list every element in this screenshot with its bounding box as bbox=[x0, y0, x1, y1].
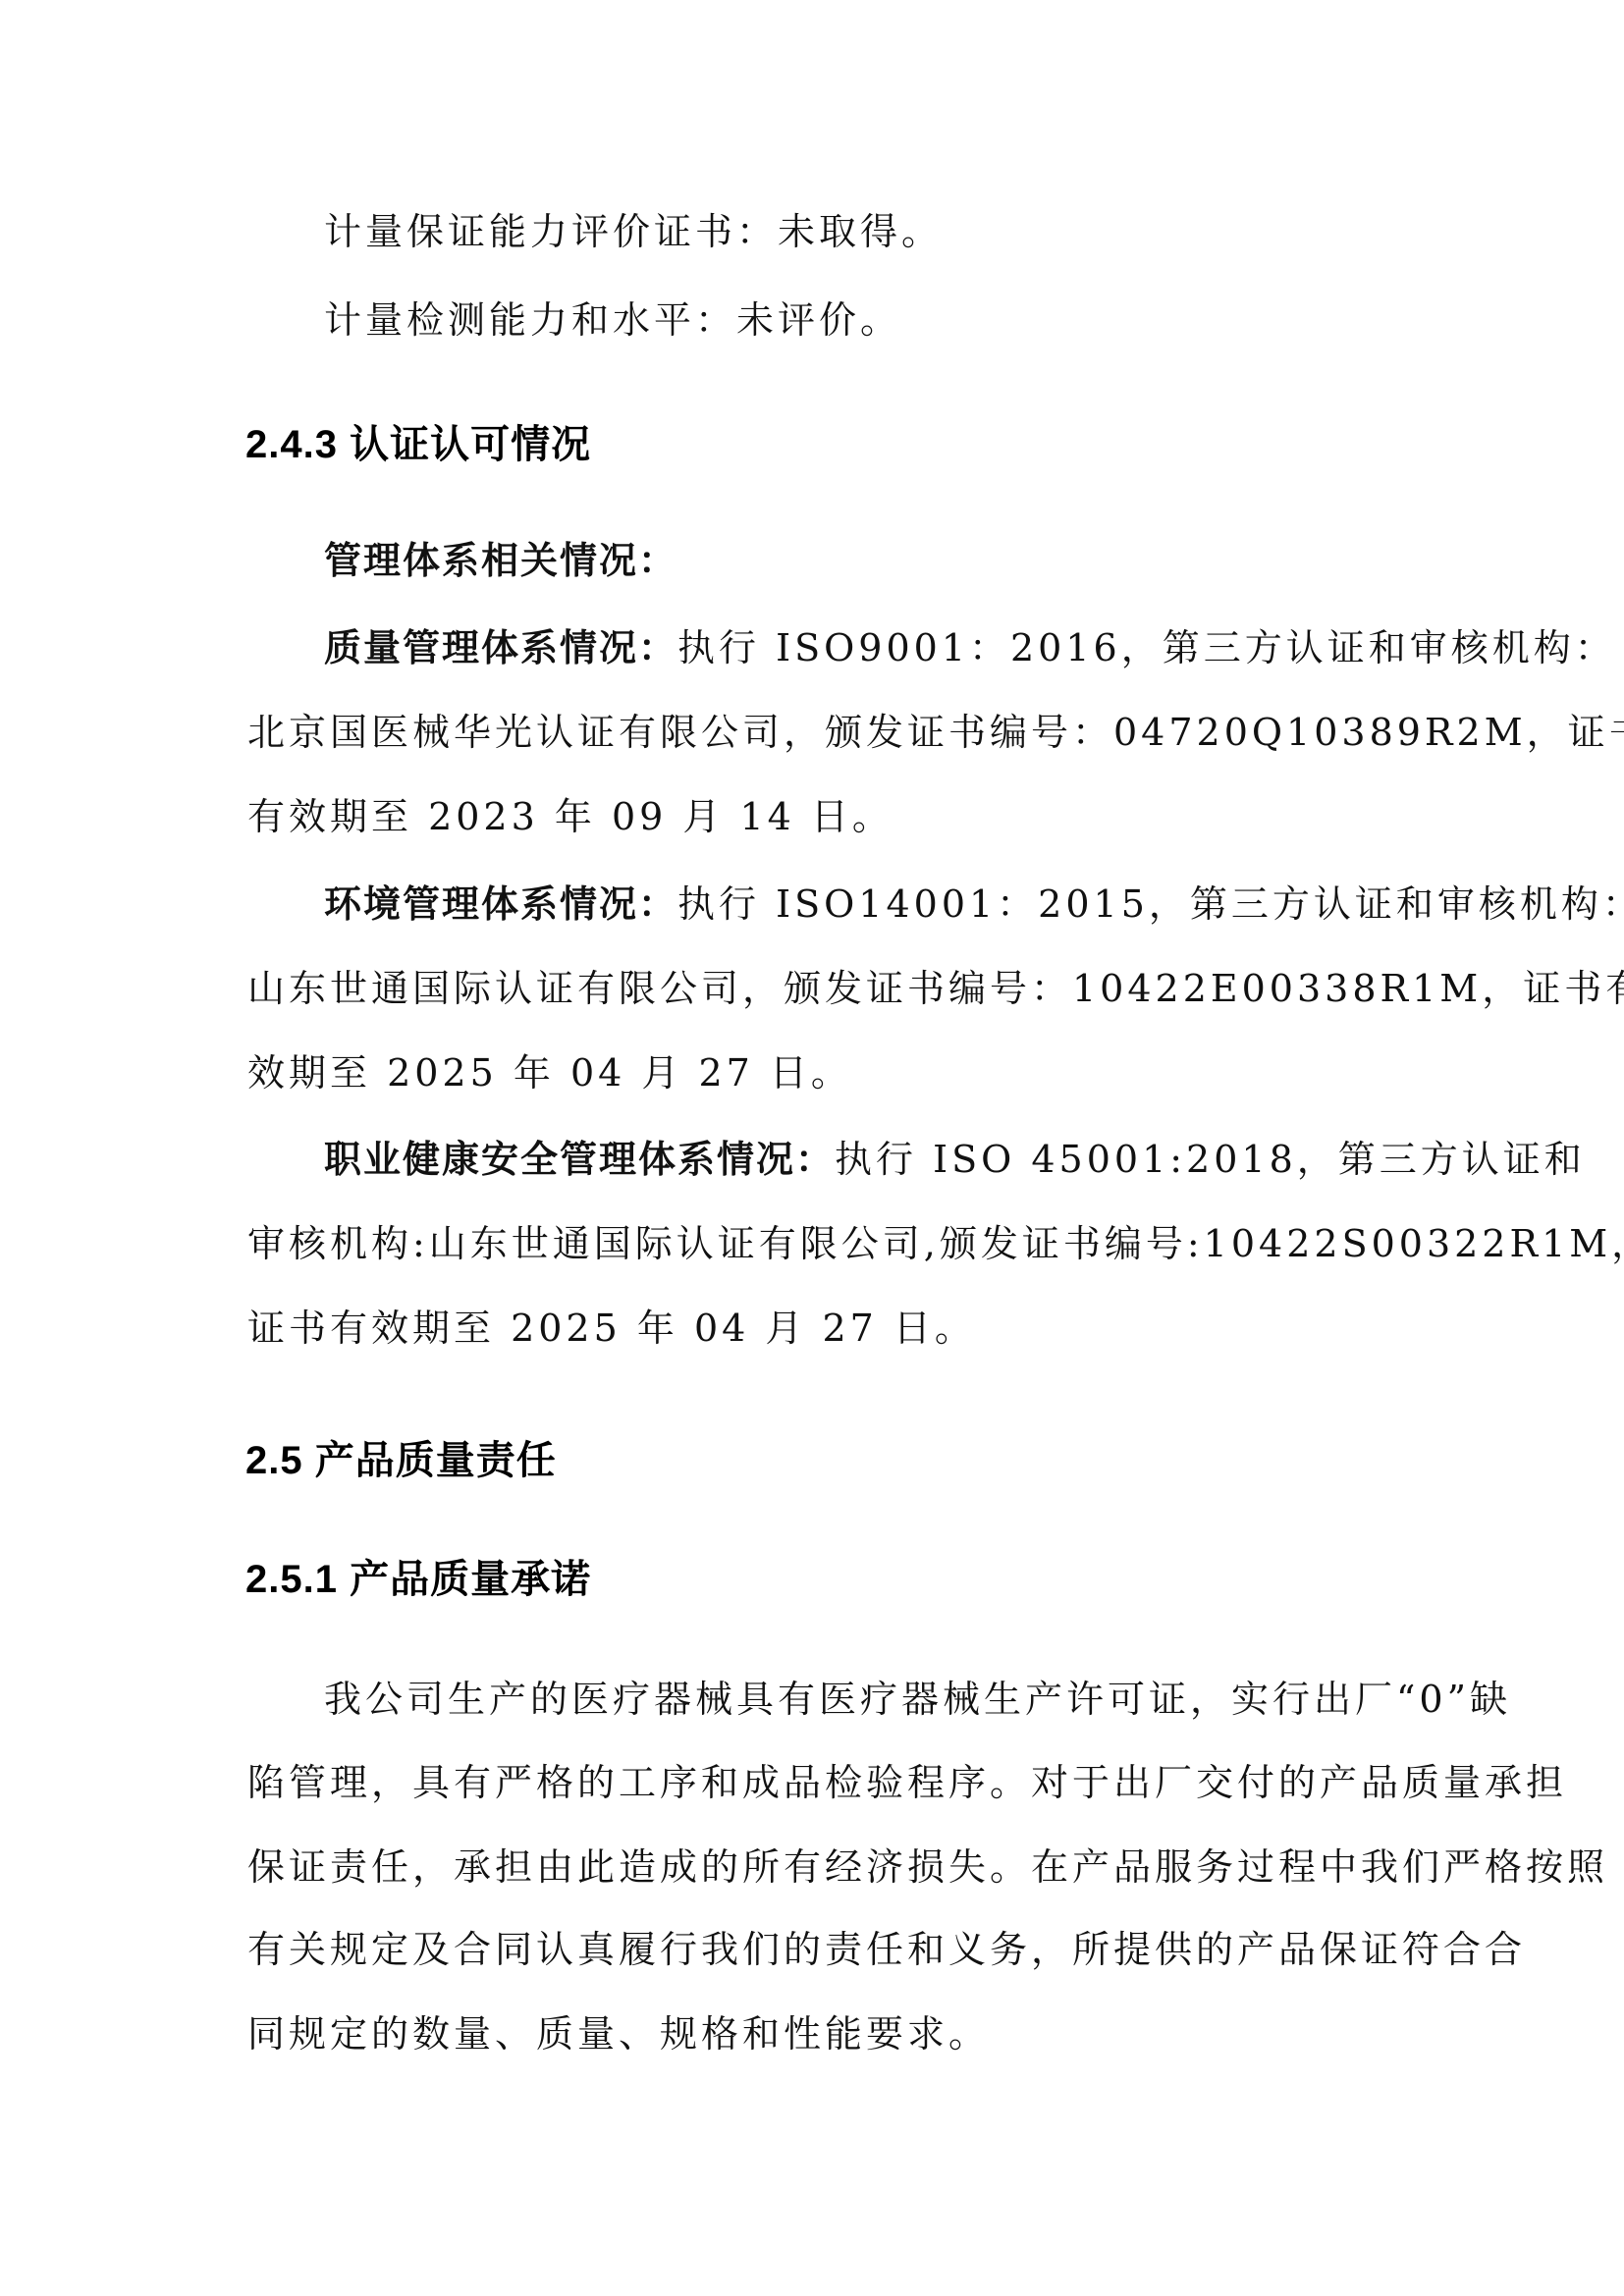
metrology-certificate-line: 计量保证能力评价证书：未取得。 bbox=[324, 208, 943, 255]
commitment-paragraph-line: 同规定的数量、质量、规格和性能要求。 bbox=[247, 2010, 990, 2057]
section-heading-2-4-3: 2.4.3 认证认可情况 bbox=[245, 420, 591, 469]
quality-system-line-3: 有效期至 2023 年 09 月 14 日。 bbox=[247, 793, 893, 840]
commitment-paragraph-line: 陷管理，具有严格的工序和成品检验程序。对于出厂交付的产品质量承担 bbox=[247, 1759, 1567, 1806]
environment-system-line-2: 山东世通国际认证有限公司，颁发证书编号：10422E00338R1M，证书有 bbox=[247, 965, 1624, 1012]
occupational-system-line-2: 审核机构:山东世通国际认证有限公司,颁发证书编号:10422S00322R1M， bbox=[247, 1220, 1624, 1267]
occupational-system-label: 职业健康安全管理体系情况： bbox=[324, 1140, 835, 1181]
environment-system-label: 环境管理体系情况： bbox=[324, 884, 677, 926]
environment-system-text: 执行 ISO14001：2015，第三方认证和审核机构： bbox=[677, 882, 1624, 926]
metrology-capability-line: 计量检测能力和水平：未评价。 bbox=[324, 296, 901, 344]
section-heading-2-5: 2.5 产品质量责任 bbox=[245, 1436, 557, 1485]
occupational-system-line-3: 证书有效期至 2025 年 04 月 27 日。 bbox=[247, 1305, 976, 1352]
quality-system-label: 质量管理体系情况： bbox=[324, 628, 677, 669]
quality-system-line-2: 北京国医械华光认证有限公司，颁发证书编号：04720Q10389R2M，证书 bbox=[247, 709, 1624, 756]
occupational-system-text: 执行 ISO 45001:2018，第三方认证和 bbox=[835, 1138, 1586, 1181]
quality-system-text: 执行 ISO9001：2016，第三方认证和审核机构： bbox=[677, 626, 1616, 669]
section-heading-2-5-1: 2.5.1 产品质量承诺 bbox=[245, 1555, 591, 1604]
environment-system-line-3: 效期至 2025 年 04 月 27 日。 bbox=[247, 1049, 852, 1096]
document-page: 计量保证能力评价证书：未取得。 计量检测能力和水平：未评价。 2.4.3 认证认… bbox=[0, 0, 1624, 2296]
management-system-subheading: 管理体系相关情况： bbox=[324, 538, 677, 585]
commitment-paragraph-line: 有关规定及合同认真履行我们的责任和义务，所提供的产品保证符合合 bbox=[247, 1926, 1526, 1973]
environment-system-line-1: 环境管理体系情况：执行 ISO14001：2015，第三方认证和审核机构： bbox=[324, 881, 1624, 929]
quality-system-line-1: 质量管理体系情况：执行 ISO9001：2016，第三方认证和审核机构： bbox=[324, 624, 1616, 672]
commitment-paragraph-line: 保证责任，承担由此造成的所有经济损失。在产品服务过程中我们严格按照 bbox=[247, 1843, 1608, 1891]
commitment-paragraph-line: 我公司生产的医疗器械具有医疗器械生产许可证，实行出厂“0”缺 bbox=[324, 1676, 1511, 1723]
occupational-system-line-1: 职业健康安全管理体系情况：执行 ISO 45001:2018，第三方认证和 bbox=[324, 1136, 1586, 1184]
